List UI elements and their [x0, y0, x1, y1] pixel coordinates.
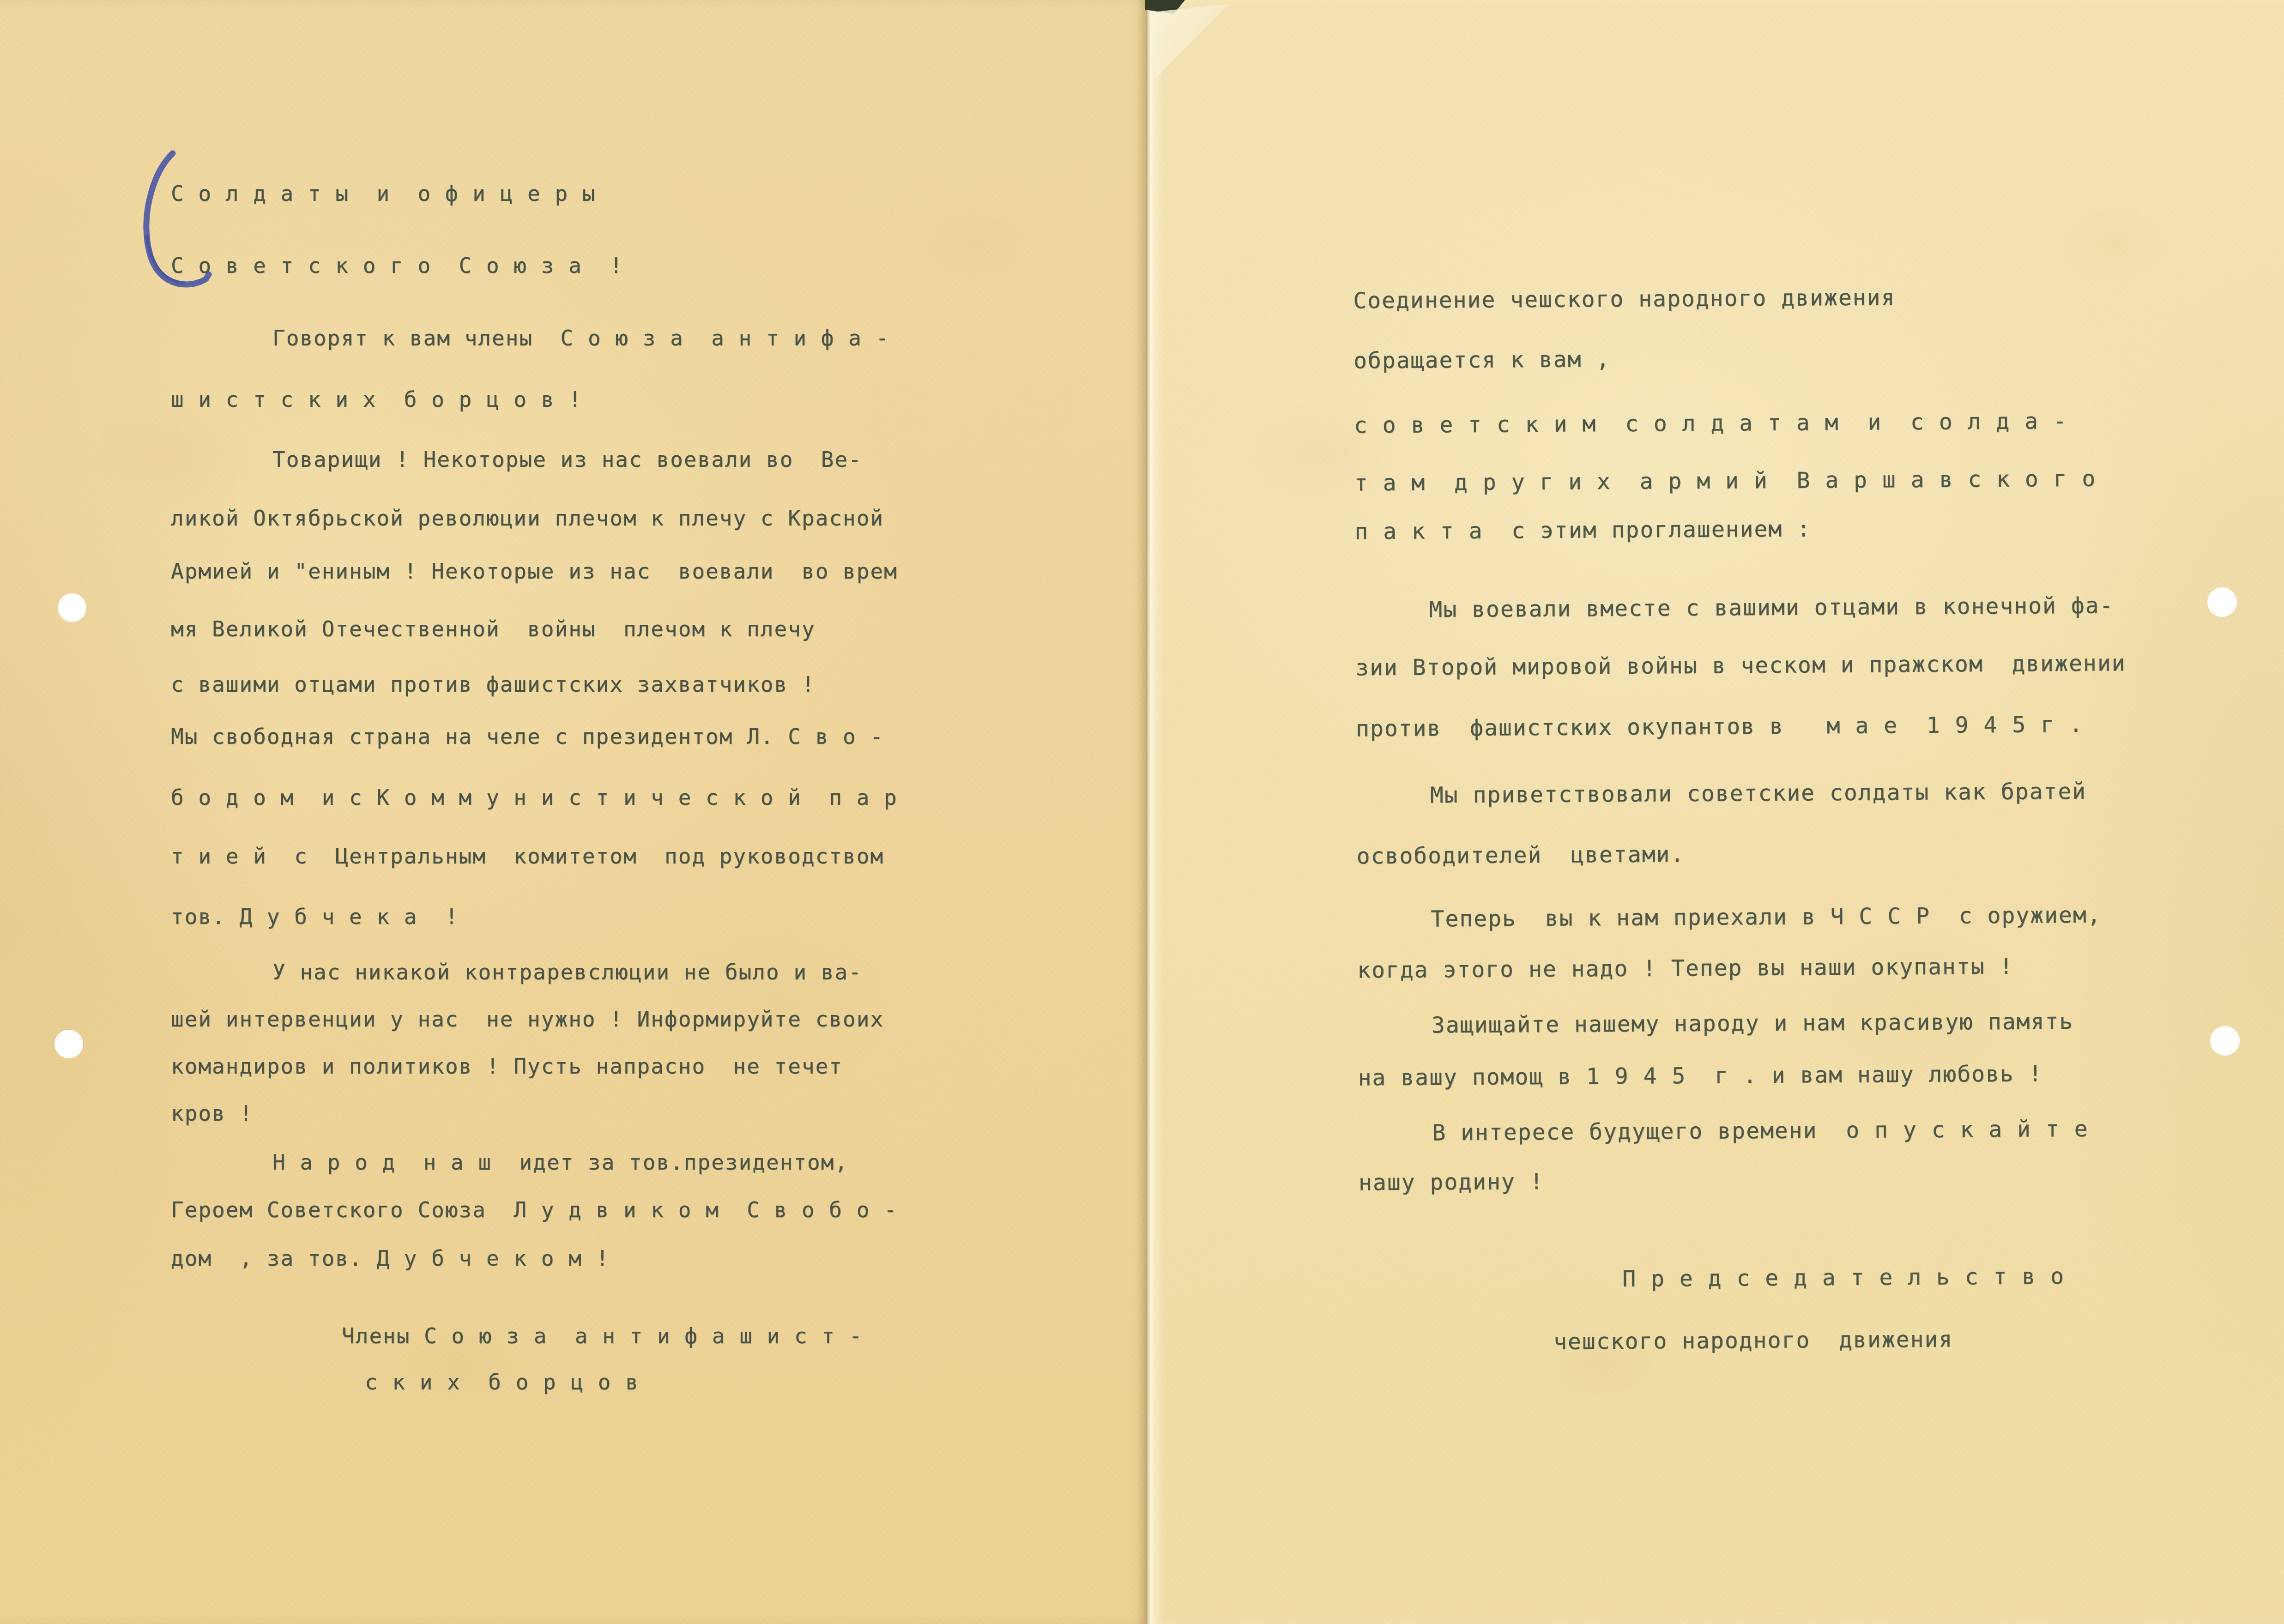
text-line: дом , за тов. Д у б ч е к о м ! — [171, 1246, 610, 1271]
punch-hole — [2210, 1026, 2240, 1056]
text-line: с вашими отцами против фашистских захват… — [171, 672, 816, 697]
text-line: Н а р о д н а ш идет за тов.президентом, — [272, 1150, 848, 1175]
text-line: с о в е т с к и м с о л д а т а м и с о … — [1354, 408, 2067, 438]
text-line: С о л д а т ы и о ф и ц е р ы — [171, 181, 596, 206]
text-line: Армией и "ениным ! Некоторые из нас воев… — [171, 559, 898, 584]
text-line: шей интервенции у нас не нужно ! Информи… — [171, 1007, 884, 1032]
text-line: освободителей цветами. — [1356, 841, 1685, 869]
text-line: т а м д р у г и х а р м и й В а р ш а в … — [1354, 466, 2097, 496]
text-line: обращается к вам , — [1353, 346, 1611, 374]
text-line: кров ! — [171, 1101, 253, 1126]
text-line: У нас никакой контраревслюции не было и … — [272, 960, 862, 984]
text-line: Говорят к вам члены С о ю з а а н т и ф … — [272, 326, 889, 350]
text-line: Мы свободная страна на челе с президенто… — [171, 724, 884, 749]
text-line: б о д о м и с К о м м у н и с т и ч е с … — [171, 785, 898, 810]
punch-hole — [58, 593, 86, 622]
text-line: против фашистских окупантов в м а е 1 9 … — [1356, 712, 2084, 742]
text-line: Товарищи ! Некоторые из нас воевали во В… — [272, 447, 862, 472]
left-page: С о л д а т ы и о ф и ц е р ы С о в е т … — [0, 0, 1147, 1624]
text-line: на вашу помощ в 1 9 4 5 г . и вам нашу л… — [1358, 1061, 2042, 1091]
text-line: С о в е т с к о г о С о ю з а ! — [171, 253, 623, 278]
text-line: Защищайте нашему народу и нам красивую п… — [1432, 1008, 2074, 1038]
text-line: Соединение чешского народного движения — [1353, 284, 1895, 314]
text-line: В интересе будущего времени о п у с к а … — [1432, 1116, 2089, 1146]
text-line: п а к т а с этим проглашением : — [1354, 516, 1811, 544]
blue-pen-annotation — [133, 144, 235, 310]
text-line: нашу родину ! — [1359, 1169, 1544, 1195]
punch-hole — [54, 1030, 83, 1058]
text-line: зии Второй мировой войны в ческом и праж… — [1355, 650, 2126, 681]
text-line: Мы приветствовали советские солдаты как … — [1430, 779, 2087, 809]
page-fold-seam — [1137, 0, 1163, 1624]
text-line: когда этого не надо ! Тепер вы наши окуп… — [1357, 954, 2014, 984]
text-line: Мы воевали вместе с вашими отцами в коне… — [1429, 592, 2114, 622]
text-line: ш и с т с к и х б о р ц о в ! — [171, 387, 582, 412]
text-line: Теперь вы к нам приехали в Ч С С Р с ору… — [1431, 902, 2102, 932]
text-line: Члены С о ю з а а н т и ф а ш и с т - — [342, 1323, 863, 1348]
text-line: с к и х б о р ц о в — [365, 1370, 639, 1395]
right-page-text: Соединение чешского народного движения о… — [1145, 0, 2284, 1624]
text-line: Героем Советского Союза Л у д в и к о м … — [171, 1197, 898, 1222]
text-line: командиров и политиков ! Пусть напрасно … — [171, 1054, 843, 1079]
text-line: т и е й с Центральным комитетом под руко… — [171, 844, 884, 869]
scanned-document: С о л д а т ы и о ф и ц е р ы С о в е т … — [0, 0, 2284, 1624]
text-line: мя Великой Отечественной войны плечом к … — [171, 616, 816, 641]
punch-hole — [2207, 587, 2237, 617]
text-line: П р е д с е д а т е л ь с т в о — [1622, 1263, 2065, 1292]
text-line: ликой Октябрьской революции плечом к пле… — [171, 506, 884, 531]
right-page: Соединение чешского народного движения о… — [1147, 0, 2284, 1624]
text-line: тов. Д у б ч е к а ! — [171, 904, 459, 929]
text-line: чешского народного движения — [1553, 1327, 1953, 1355]
